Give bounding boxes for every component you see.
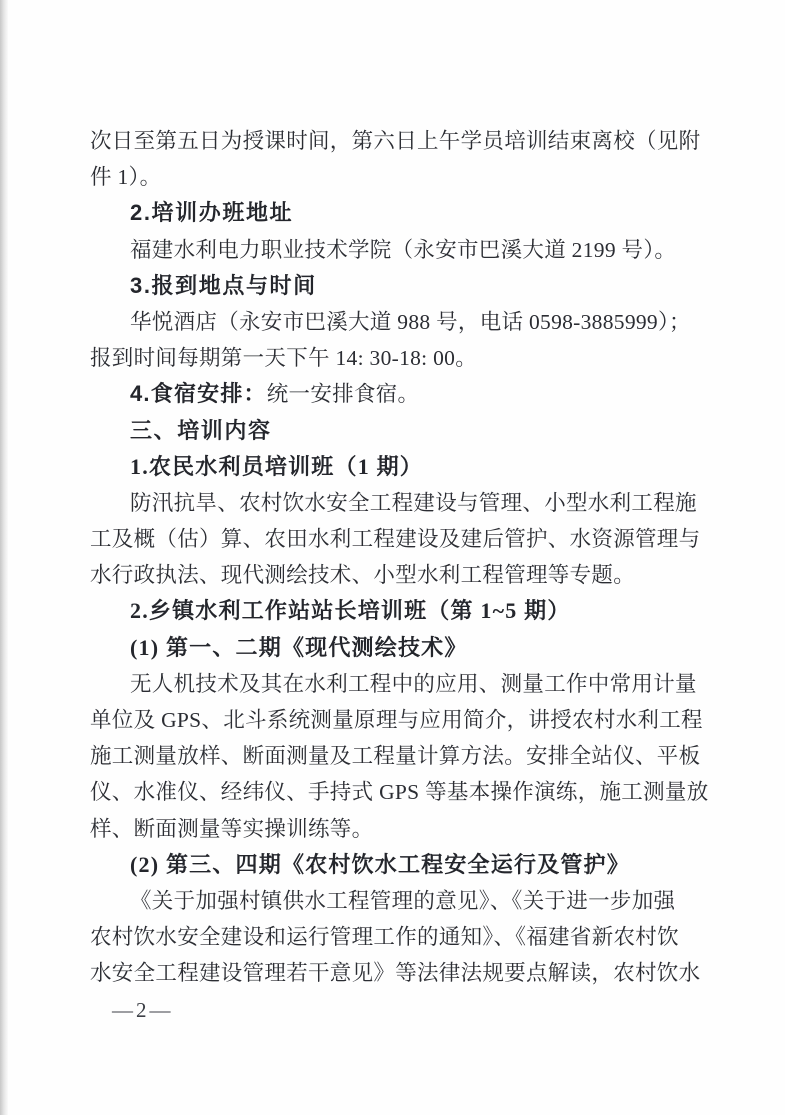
section3-heading: 3.报到地点与时间 [90, 268, 708, 304]
class2-sub1-body-line-5: 样、断面测量等实操训练等。 [90, 811, 708, 847]
class2-sub2-body-line-1: 《关于加强村镇供水工程管理的意见》、《关于进一步加强 [90, 883, 708, 919]
scanned-document-page: 次日至第五日为授课时间，第六日上午学员培训结束离校（见附 件 1）。 2.培训办… [0, 0, 785, 1115]
page-number: —2— [90, 992, 708, 1028]
section4-body: 统一安排食宿。 [267, 382, 420, 406]
intro-paragraph-line-1: 次日至第五日为授课时间，第六日上午学员培训结束离校（见附 [90, 123, 708, 159]
class1-heading: 1.农民水利员培训班（1 期） [90, 449, 708, 485]
section4-line: 4.食宿安排：统一安排食宿。 [90, 376, 708, 412]
document-body: 次日至第五日为授课时间，第六日上午学员培训结束离校（见附 件 1）。 2.培训办… [90, 123, 708, 1028]
part3-heading: 三、培训内容 [90, 413, 708, 449]
class2-sub2-heading: (2) 第三、四期《农村饮水工程安全运行及管护》 [90, 847, 708, 883]
scan-edge-shadow [0, 0, 8, 1115]
class2-sub2-body-line-2: 农村饮水安全建设和运行管理工作的通知》、《福建省新农村饮 [90, 919, 708, 955]
class2-sub1-body-line-3: 施工测量放样、断面测量及工程量计算方法。安排全站仪、平板 [90, 738, 708, 774]
class2-sub1-body-line-4: 仪、水准仪、经纬仪、手持式 GPS 等基本操作演练，施工测量放 [90, 774, 708, 810]
class2-sub1-body-line-1: 无人机技术及其在水利工程中的应用、测量工作中常用计量 [90, 666, 708, 702]
section2-heading: 2.培训办班地址 [90, 195, 708, 231]
class2-heading: 2.乡镇水利工作站站长培训班（第 1~5 期） [90, 593, 708, 629]
intro-paragraph-line-2: 件 1）。 [90, 159, 708, 195]
section3-body-line-1: 华悦酒店（永安市巴溪大道 988 号，电话 0598-3885999）； [90, 304, 708, 340]
class2-sub1-heading: (1) 第一、二期《现代测绘技术》 [90, 630, 708, 666]
class2-sub2-body-line-3: 水安全工程建设管理若干意见》等法律法规要点解读，农村饮水 [90, 955, 708, 991]
class1-body-line-3: 水行政执法、现代测绘技术、小型水利工程管理等专题。 [90, 557, 708, 593]
section2-body: 福建水利电力职业技术学院（永安市巴溪大道 2199 号）。 [90, 232, 708, 268]
section4-heading: 4.食宿安排： [130, 381, 267, 406]
class1-body-line-1: 防汛抗旱、农村饮水安全工程建设与管理、小型水利工程施 [90, 485, 708, 521]
class2-sub1-body-line-2: 单位及 GPS、北斗系统测量原理与应用简介，讲授农村水利工程 [90, 702, 708, 738]
class1-body-line-2: 工及概（估）算、农田水利工程建设及建后管护、水资源管理与 [90, 521, 708, 557]
section3-body-line-2: 报到时间每期第一天下午 14: 30-18: 00。 [90, 340, 708, 376]
